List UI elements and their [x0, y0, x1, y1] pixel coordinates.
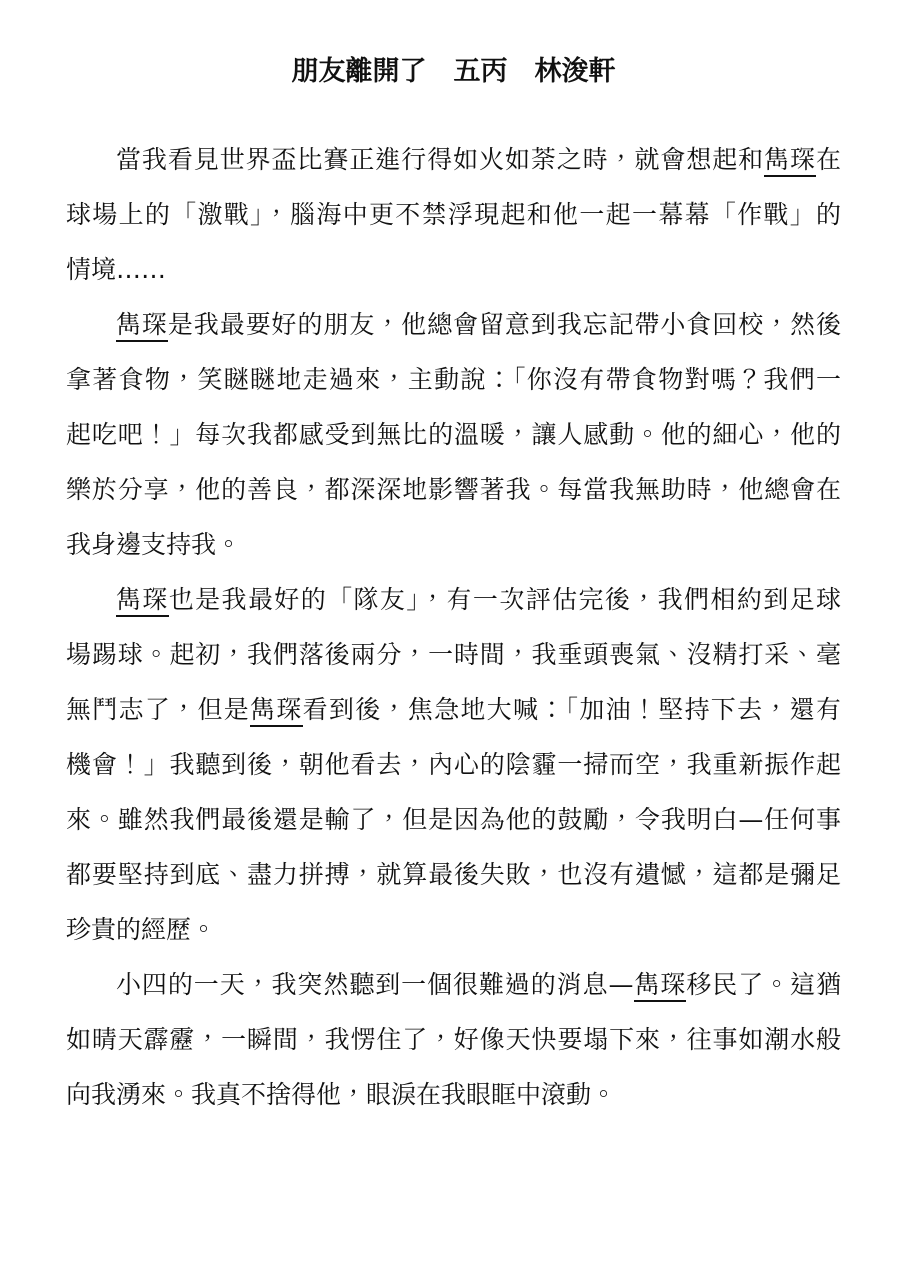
text-line: 場踢球。起初，我們落後兩分，一時間，我垂頭喪氣、沒精打采、毫 [66, 627, 841, 682]
text-line: 當我看見世界盃比賽正進行得如火如荼之時，就會想起和雋琛在 [66, 132, 841, 187]
text-line: 樂於分享，他的善良，都深深地影響著我。每當我無助時，他總會在 [66, 462, 841, 517]
text-line: 雋琛也是我最好的「隊友」，有一次評估完後，我們相約到足球 [66, 572, 841, 627]
text-line: 小四的一天，我突然聽到一個很難過的消息—雋琛移民了。這猶 [66, 957, 841, 1012]
document-title: 朋友離開了 五丙 林浚軒 [66, 56, 841, 88]
text-line: 無鬥志了，但是雋琛看到後，焦急地大喊：「加油！堅持下去，還有 [66, 682, 841, 737]
underlined-student-name: 雋琛 [250, 695, 303, 727]
text-line: 如晴天霹靂，一瞬間，我愣住了，好像天快要塌下來，往事如潮水般 [66, 1012, 841, 1067]
document-body: 當我看見世界盃比賽正進行得如火如荼之時，就會想起和雋琛在球場上的「激戰」，腦海中… [66, 132, 841, 1122]
text-line: 拿著食物，笑瞇瞇地走過來，主動說：「你沒有帶食物對嗎？我們一 [66, 352, 841, 407]
text-line: 我身邊支持我。 [66, 517, 841, 572]
document-page: 朋友離開了 五丙 林浚軒 當我看見世界盃比賽正進行得如火如荼之時，就會想起和雋琛… [0, 0, 905, 1280]
text-line: 都要堅持到底、盡力拼搏，就算最後失敗，也沒有遺憾，這都是彌足 [66, 847, 841, 902]
text-line: 向我湧來。我真不捨得他，眼淚在我眼眶中滾動。 [66, 1067, 841, 1122]
text-line: 來。雖然我們最後還是輸了，但是因為他的鼓勵，令我明白—任何事 [66, 792, 841, 847]
text-line: 起吃吧！」每次我都感受到無比的溫暖，讓人感動。他的細心，他的 [66, 407, 841, 462]
underlined-student-name: 雋琛 [116, 585, 169, 617]
text-line: 雋琛是我最要好的朋友，他總會留意到我忘記帶小食回校，然後 [66, 297, 841, 352]
text-line: 球場上的「激戰」，腦海中更不禁浮現起和他一起一幕幕「作戰」的 [66, 187, 841, 242]
text-line: 情境…… [66, 242, 841, 297]
underlined-student-name: 雋琛 [116, 310, 168, 342]
text-line: 機會！」我聽到後，朝他看去，內心的陰霾一掃而空，我重新振作起 [66, 737, 841, 792]
underlined-student-name: 雋琛 [764, 145, 816, 177]
underlined-student-name: 雋琛 [634, 970, 687, 1002]
text-line: 珍貴的經歷。 [66, 902, 841, 957]
